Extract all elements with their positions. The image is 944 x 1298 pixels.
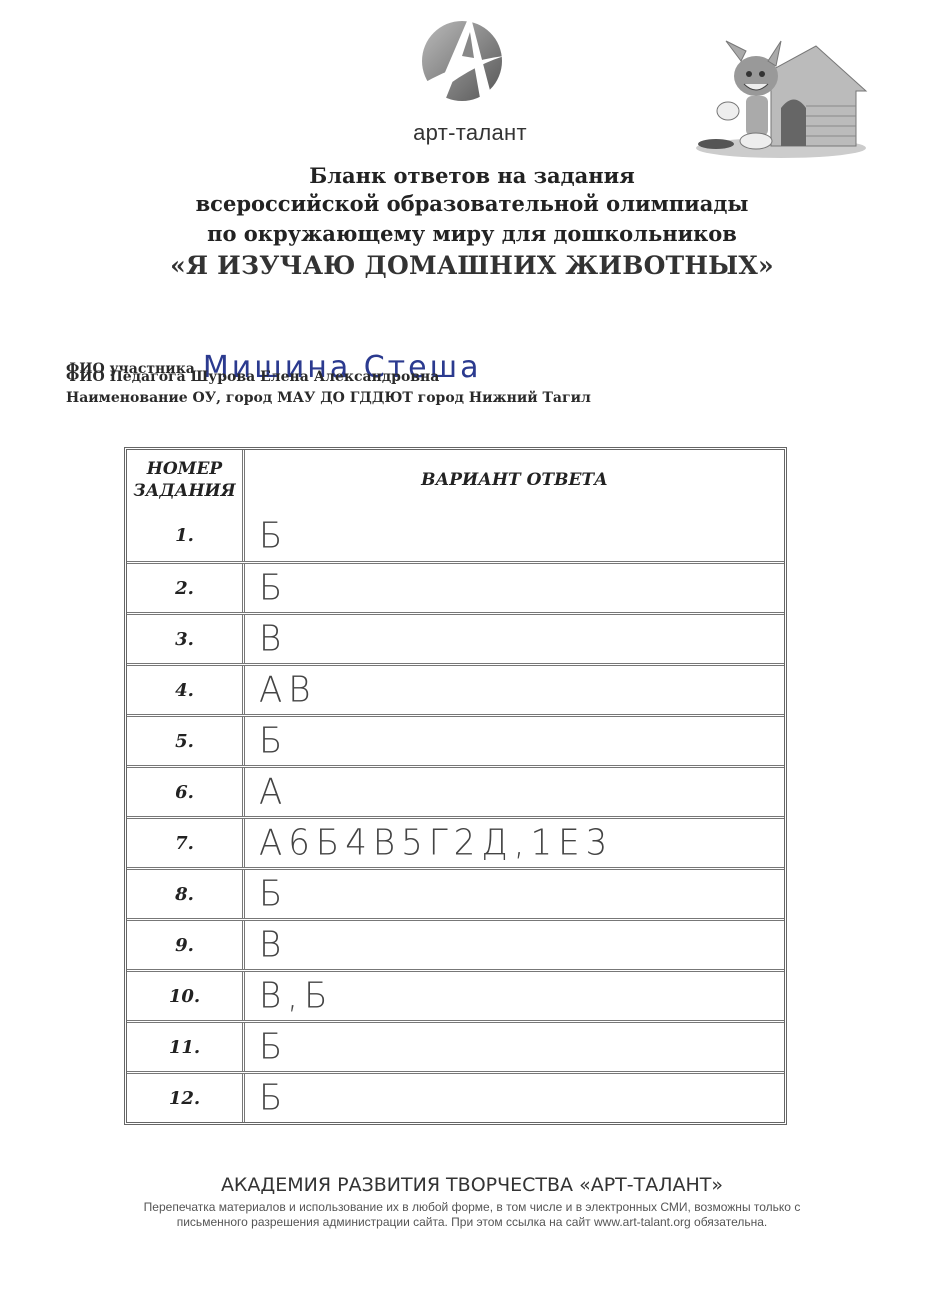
table-row: 3.В: [127, 612, 784, 663]
handwritten-answer: Б: [245, 1077, 288, 1119]
column-header-number: НОМЕР ЗАДАНИЯ: [127, 450, 245, 510]
task-number: 11.: [127, 1023, 245, 1071]
task-number: 6.: [127, 768, 245, 816]
table-row: 6.А: [127, 765, 784, 816]
answer-cell[interactable]: А: [245, 768, 784, 816]
task-number: 7.: [127, 819, 245, 867]
footer-note-line-1: Перепечатка материалов и использование и…: [0, 1200, 944, 1214]
handwritten-answer: В: [245, 618, 287, 660]
institution-line: Наименование ОУ, город МАУ ДО ГДДЮТ горо…: [66, 390, 591, 406]
footer-title: АКАДЕМИЯ РАЗВИТИЯ ТВОРЧЕСТВА «АРТ-ТАЛАНТ…: [0, 1174, 944, 1196]
handwritten-answer: Б: [245, 1026, 288, 1068]
handwritten-answer: В: [245, 924, 287, 966]
title-line-2: всероссийской образовательной олимпиады: [0, 191, 944, 216]
answer-cell[interactable]: Б: [245, 564, 784, 612]
answer-cell[interactable]: В: [245, 615, 784, 663]
answer-cell[interactable]: В,Б: [245, 972, 784, 1020]
handwritten-answer: Б: [245, 567, 288, 609]
title-line-3: по окружающему миру для дошкольников: [0, 221, 944, 246]
answer-cell[interactable]: Б: [245, 1074, 784, 1122]
table-row: 8.Б: [127, 867, 784, 918]
task-number: 2.: [127, 564, 245, 612]
table-row: 1.Б: [127, 510, 784, 561]
art-talant-logo-icon: [412, 6, 512, 106]
handwritten-answer: АВ: [245, 669, 317, 711]
handwritten-answer: А: [245, 771, 288, 813]
olympiad-name: «Я ИЗУЧАЮ ДОМАШНИХ ЖИВОТНЫХ»: [0, 251, 944, 280]
title-line-1: Бланк ответов на задания: [0, 163, 944, 188]
task-number: 10.: [127, 972, 245, 1020]
table-row: 7.А6Б4В5Г2Д,1Е3: [127, 816, 784, 867]
task-number: 1.: [127, 510, 245, 561]
table-row: 2.Б: [127, 561, 784, 612]
table-row: 11.Б: [127, 1020, 784, 1071]
task-number: 3.: [127, 615, 245, 663]
handwritten-answer: А6Б4В5Г2Д,1Е3: [245, 822, 613, 864]
answer-cell[interactable]: Б: [245, 510, 784, 561]
table-row: 5.Б: [127, 714, 784, 765]
task-number: 9.: [127, 921, 245, 969]
table-row: 12.Б: [127, 1071, 784, 1122]
table-row: 9.В: [127, 918, 784, 969]
footer-note-line-2: письменного разрешения администрации сай…: [0, 1215, 944, 1229]
table-row: 4.АВ: [127, 663, 784, 714]
answer-cell[interactable]: В: [245, 921, 784, 969]
answer-table: НОМЕР ЗАДАНИЯ ВАРИАНТ ОТВЕТА 1.Б2.Б3.В4.…: [124, 447, 787, 1125]
handwritten-answer: Б: [245, 873, 288, 915]
table-header-row: НОМЕР ЗАДАНИЯ ВАРИАНТ ОТВЕТА: [127, 450, 784, 510]
handwritten-answer: В,Б: [245, 975, 333, 1017]
answer-cell[interactable]: А6Б4В5Г2Д,1Е3: [245, 819, 784, 867]
task-number: 5.: [127, 717, 245, 765]
table-row: 10.В,Б: [127, 969, 784, 1020]
task-number: 8.: [127, 870, 245, 918]
header-number-line1: НОМЕР: [147, 458, 222, 480]
handwritten-answer: Б: [245, 720, 288, 762]
teacher-line: ФИО Педагога Шурова Елена Александровна: [66, 369, 439, 385]
answer-cell[interactable]: АВ: [245, 666, 784, 714]
task-number: 4.: [127, 666, 245, 714]
handwritten-answer: Б: [245, 515, 288, 557]
answer-cell[interactable]: Б: [245, 870, 784, 918]
task-number: 12.: [127, 1074, 245, 1122]
dog-in-kennel-icon: [686, 36, 876, 161]
header-number-line2: ЗАДАНИЯ: [133, 480, 235, 502]
answer-cell[interactable]: Б: [245, 1023, 784, 1071]
logo-text: арт-талант: [380, 120, 560, 146]
answer-cell[interactable]: Б: [245, 717, 784, 765]
column-header-answer: ВАРИАНТ ОТВЕТА: [245, 450, 784, 510]
